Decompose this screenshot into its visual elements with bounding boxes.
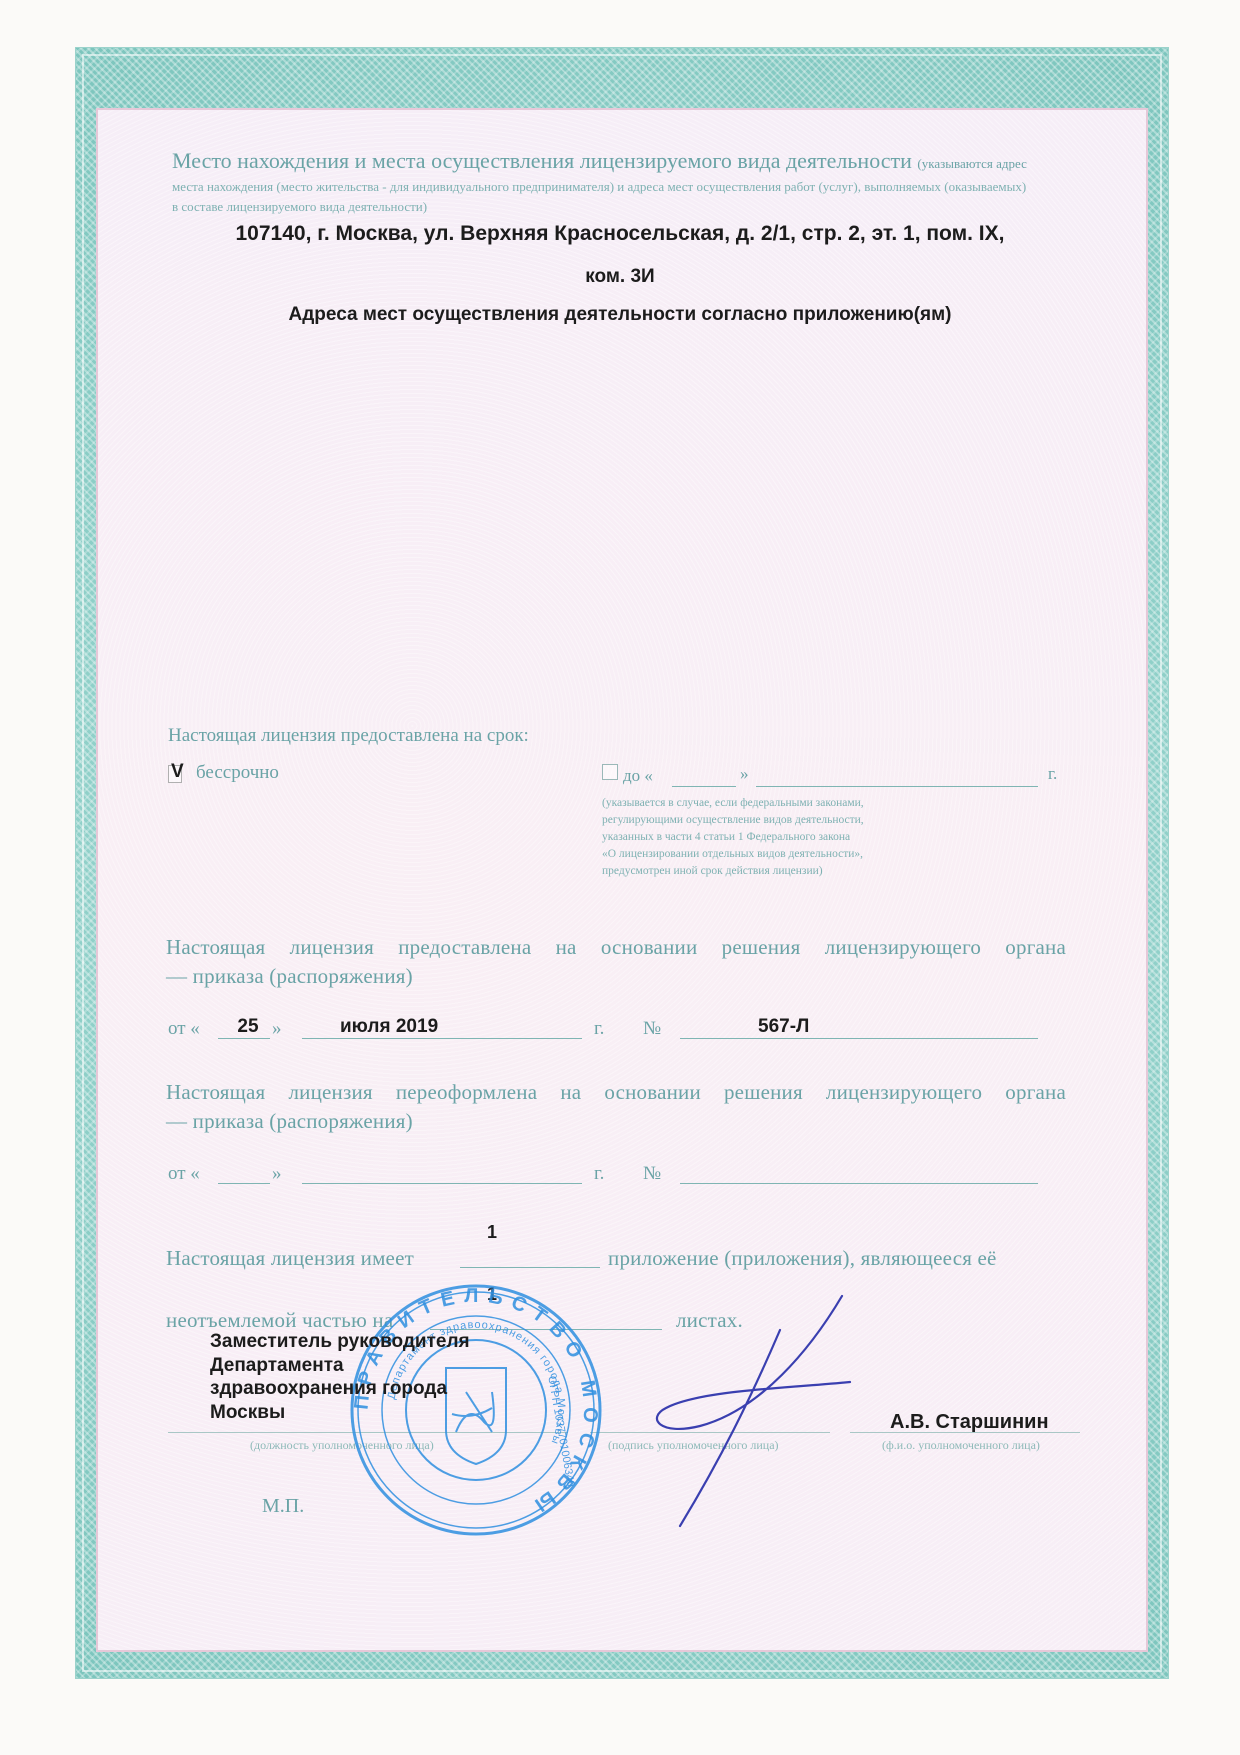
appendix-line-1-prefix: Настоящая лицензия имеет [166,1246,414,1271]
signatory-position: Заместитель руководителя Департамента зд… [210,1330,470,1424]
check-mark-icon: V [171,761,184,783]
address-line-2: ком. 3И [120,266,1120,288]
term-until-note: (указывается в случае, если федеральными… [602,795,982,880]
handwritten-signature [640,1290,880,1530]
reissued-from-label: от « [168,1163,200,1185]
granted-year-suffix: г. [594,1018,604,1040]
checkbox-until[interactable] [602,764,618,780]
term-until-date-field[interactable] [756,786,1038,787]
granted-month-year-value: июля 2019 [340,1016,438,1038]
term-until-day-field[interactable] [672,786,736,787]
granted-text-line-2: — приказа (распоряжения) [166,964,413,989]
appendix-count-field[interactable] [460,1267,600,1268]
granted-from-label: от « [168,1018,200,1040]
reissued-text-line-1: Настоящая лицензия переоформлена на осно… [166,1080,1066,1105]
granted-number-label: № [643,1018,661,1040]
granted-number-value: 567-Л [758,1016,809,1038]
granted-text-line-1: Настоящая лицензия предоставлена на осно… [166,935,1066,960]
reissued-quote-close: » [272,1163,282,1185]
term-label: Настоящая лицензия предоставлена на срок… [168,725,529,747]
term-until-year-suffix: г. [1048,764,1057,784]
reissued-number-field[interactable] [680,1183,1038,1184]
reissued-number-label: № [643,1163,661,1185]
address-appendix-note: Адреса мест осуществления деятельности с… [120,304,1120,326]
reissued-text-line-2: — приказа (распоряжения) [166,1109,413,1134]
term-until-quote: » [740,764,749,784]
location-heading: Место нахождения и места осуществления л… [172,148,1092,177]
reissued-date-field[interactable] [302,1183,582,1184]
granted-quote-close: » [272,1018,282,1040]
term-unlimited-label: бессрочно [196,762,279,784]
seal-place-label: М.П. [262,1495,304,1518]
caption-name: (ф.и.о. уполномоченного лица) [882,1438,1040,1453]
signatory-name: А.В. Старшинин [890,1411,1049,1434]
granted-date-field[interactable] [302,1038,582,1039]
location-subnote: места нахождения (место жительства - для… [172,177,1092,217]
appendix-count-value: 1 [487,1222,497,1243]
reissued-year-suffix: г. [594,1163,604,1185]
granted-day-value: 25 [218,1016,278,1038]
granted-number-field[interactable] [680,1038,1038,1039]
address-line-1: 107140, г. Москва, ул. Верхняя Красносел… [120,222,1120,246]
appendix-line-1-suffix: приложение (приложения), являющееся её [608,1246,997,1271]
reissued-day-field[interactable] [218,1183,270,1184]
granted-day-field[interactable] [218,1038,270,1039]
term-until-prefix: до « [623,766,653,786]
